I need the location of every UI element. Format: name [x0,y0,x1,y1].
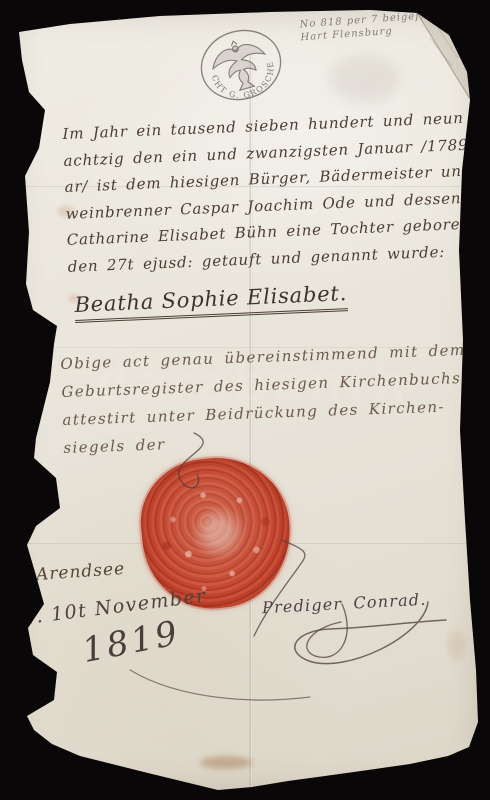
fold-shadow [330,56,400,102]
edge-stain [200,756,252,769]
dateline-date: d. 10t November [21,585,207,629]
folded-corner [417,13,470,99]
attestation-paragraph: Obige act genau übereinstimmend mit dem … [60,336,469,462]
dateline-place: Arendsee [35,559,125,585]
body-paragraph: Im Jahr ein tausend sieben hundert und n… [62,101,490,280]
pencil-note: No 818 per 7 beigef. Hart Flensburg [299,10,425,45]
baptismal-name-text: Beatha Sophie Elisabet. [74,281,348,323]
dateline-year: 1819 [79,613,183,671]
baptismal-name: Beatha Sophie Elisabet. [74,281,348,317]
foxing-stain [448,630,466,660]
stamp-graphic: ACHT G. GROSCHEN [186,13,295,117]
signature: Prediger Conrad. [262,590,427,618]
manuscript-paper: darabanth ACHT G. GROSCHEN No 818 per 7 … [0,0,490,800]
revenue-stamp: ACHT G. GROSCHEN [186,13,295,117]
year-tail-flourish [130,670,310,700]
photo-stage: darabanth ACHT G. GROSCHEN No 818 per 7 … [0,0,490,800]
